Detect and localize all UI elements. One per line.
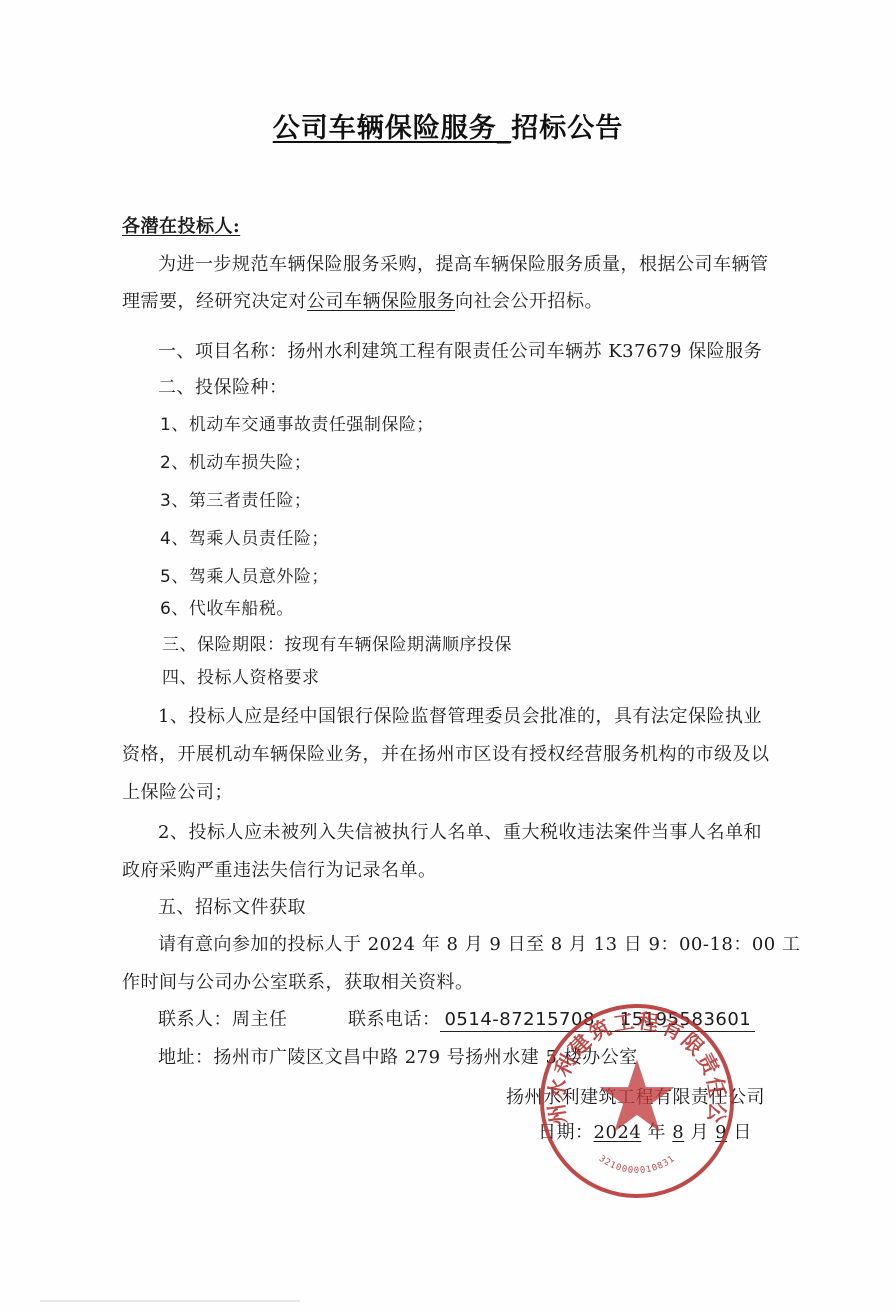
document-page: 公司车辆保险服务_招标公告 各潜在投标人: 为进一步规范车辆保险服务采购，提高车… (0, 0, 896, 1312)
requirement-2-line-1: 2、投标人应未被列入失信被执行人名单、重大税收违法案件当事人名单和 (158, 818, 762, 844)
section-2-heading: 二、投保险种： (158, 373, 288, 399)
section-5-line-1: 请有意向参加的投标人于 2024 年 8 月 9 日至 8 月 13 日 9：0… (158, 930, 800, 956)
insurance-item-4: 4、驾乘人员责任险； (160, 524, 329, 549)
section-4-heading: 四、投标人资格要求 (162, 663, 320, 688)
title-rest: 招标公告 (511, 113, 623, 144)
salutation: 各潜在投标人: (122, 212, 240, 238)
contact-person-label: 联系人： (158, 1009, 232, 1030)
intro-underlined-service: 公司车辆保险服务 (307, 291, 455, 312)
intro-line-1: 为进一步规范车辆保险服务采购，提高车辆保险服务质量，根据公司车辆管 (158, 250, 769, 276)
contact-line: 联系人：周主任 联系电话：0514-87215708 15195583601 (158, 1005, 755, 1032)
requirement-1-line-3: 上保险公司； (122, 778, 233, 804)
insurance-item-1: 1、机动车交通事故责任强制保险； (160, 410, 434, 435)
intro-line-2: 理需要，经研究决定对公司车辆保险服务向社会公开招标。 (122, 287, 603, 313)
date-year: 2024 (594, 1122, 642, 1143)
title-underlined: 公司车辆保险服务_ (273, 113, 512, 144)
insurance-item-3: 3、第三者责任险； (160, 486, 311, 511)
insurance-item-5: 5、驾乘人员意外险； (160, 562, 329, 587)
section-5-line-2: 作时间与公司办公室联系，获取相关资料。 (122, 968, 474, 994)
signature-date: 日期：2024 年 8 月 9 日 (538, 1118, 752, 1144)
signature-company: 扬州水利建筑工程有限责任公司 (506, 1083, 765, 1109)
contact-phones: 0514-87215708 15195583601 (440, 1009, 755, 1032)
date-month: 8 (672, 1122, 684, 1143)
insurance-item-6: 6、代收车船税。 (160, 594, 294, 619)
requirement-2-line-2: 政府采购严重违法失信行为记录名单。 (122, 856, 437, 882)
requirement-1-line-1: 1、投标人应是经中国银行保险监督管理委员会批准的，具有法定保险执业 (158, 702, 762, 728)
scan-edge-artifact (40, 1300, 300, 1302)
requirement-1-line-2: 资格，开展机动车辆保险业务，并在扬州市区设有授权经营服务机构的市级及以 (122, 740, 770, 766)
section-3-period: 三、保险期限：按现有车辆保险期满顺序投保 (162, 630, 512, 655)
contact-address: 地址：扬州市广陵区文昌中路 279 号扬州水建 5 楼办公室 (158, 1043, 638, 1069)
section-1-project-name: 一、项目名称：扬州水利建筑工程有限责任公司车辆苏 K37679 保险服务 (158, 337, 762, 363)
page-title: 公司车辆保险服务_招标公告 (0, 106, 896, 145)
section-5-heading: 五、招标文件获取 (158, 893, 306, 919)
seal-code: 3210000010831 (597, 1154, 677, 1176)
contact-person: 周主任 (232, 1009, 288, 1030)
svg-text:3210000010831: 3210000010831 (597, 1154, 677, 1176)
contact-phone-label: 联系电话： (348, 1009, 441, 1030)
insurance-item-2: 2、机动车损失险； (160, 448, 311, 473)
date-day: 9 (715, 1122, 727, 1143)
